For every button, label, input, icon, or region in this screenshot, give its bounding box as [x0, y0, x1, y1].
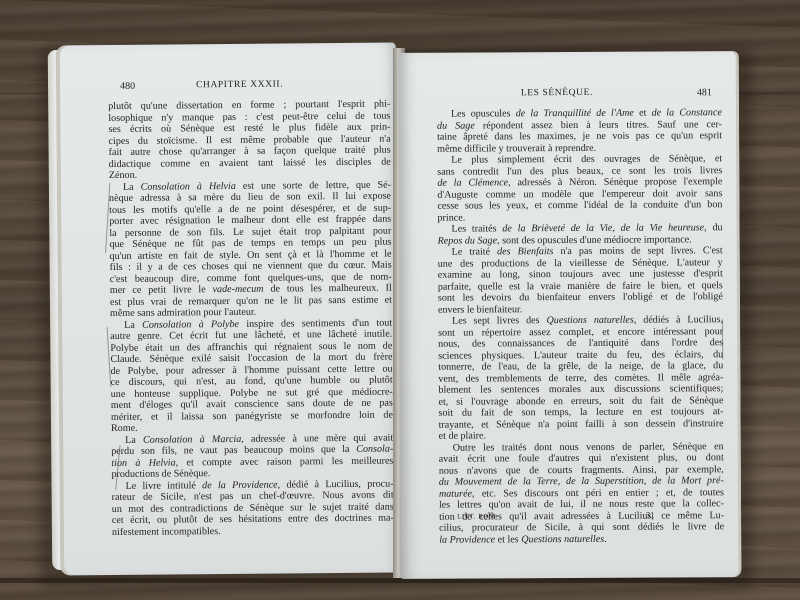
text-line: nifestement incompatibles.	[112, 524, 394, 538]
page-number: 481	[697, 87, 712, 98]
signature-number: 31	[646, 510, 655, 520]
paragraph: La Consolation à Helvia est une sorte de…	[109, 179, 392, 319]
text-line: cet écrit, ou plutôt de ses hésitations …	[112, 513, 394, 527]
text-line: mériter, et il laissa son panégyriste se…	[111, 409, 393, 423]
page-number: 480	[120, 81, 135, 92]
text-line: taine âpreté dans les maximes, je ne voi…	[437, 130, 722, 143]
right-page: LES SÉNÈQUE. 481 Les opuscules de la Tra…	[399, 51, 742, 579]
paragraph: Le livre intitulé de la Providence, dédi…	[111, 478, 393, 538]
running-head: LES SÉNÈQUE.	[521, 88, 593, 98]
paragraph: Les traités de la Brièveté de la Vie, de…	[438, 222, 723, 246]
signature-mark: LITT. ROM.	[457, 512, 498, 520]
text-line: sont les devoirs du bienfaiteur envers l…	[438, 291, 723, 304]
text-line: tion à Helvia, et compte avec raison par…	[111, 455, 393, 469]
text-line: la Providence et les Questions naturelle…	[439, 533, 724, 546]
body-text: Les opuscules de la Tranquillité de l'Am…	[437, 107, 724, 545]
paragraph: La Consolation à Marcia, adressée à une …	[111, 432, 393, 480]
left-page: 480 CHAPITRE XXXII. plutôt qu'une disser…	[56, 43, 401, 576]
paragraph: Le traité des Bienfaits n'a pas moins de…	[438, 245, 723, 315]
body-text: plutôt qu'une dissertation en forme ; po…	[108, 99, 394, 538]
text-line: trayante, et Sénèque n'a point failli à …	[439, 418, 724, 431]
running-head: CHAPITRE XXXII.	[196, 80, 283, 91]
paragraph: La Consolation à Polybe inspire des sent…	[110, 317, 393, 434]
paragraph: Les opuscules de la Tranquillité de l'Am…	[437, 107, 722, 154]
paragraph: Le plus simplement écrit des ouvrages de…	[437, 153, 722, 223]
text-line: didactique comme en avaient tant laissé …	[109, 156, 391, 170]
text-line: cilius, procurateur de Sicile, à qui son…	[439, 521, 724, 534]
text-line: cesse sous les yeux, et comme l'idéal de…	[437, 199, 722, 212]
paragraph: Outre les traités dont nous venons de pa…	[439, 441, 725, 546]
paragraph: plutôt qu'une dissertation en forme ; po…	[108, 99, 391, 182]
paragraph: Les sept livres des Questions naturelles…	[438, 314, 724, 442]
pencil-mark	[722, 319, 723, 359]
